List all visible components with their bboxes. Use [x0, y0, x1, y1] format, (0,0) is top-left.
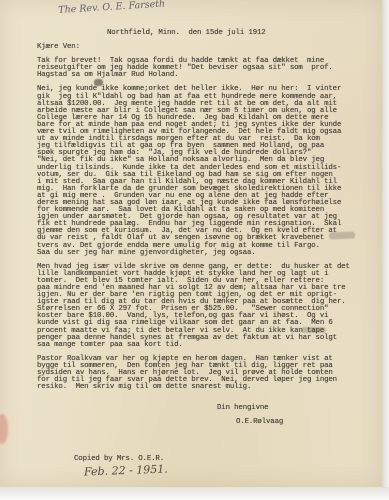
dateline: Northfield, Minn. den 15de juli 1912: [107, 30, 372, 37]
closing-valediction: Din hengivne: [217, 405, 372, 412]
paragraph-salary-story: Nei, jeg kunde ikke komme;orket det hell…: [37, 86, 372, 256]
scan-edge-right: [382, 0, 389, 487]
ink-smudge: [301, 327, 326, 333]
letter-page: The Rev. O. E. Farseth Northfield, Minn.…: [0, 0, 382, 487]
ink-smudge: [329, 232, 355, 240]
copied-by-note: Copied by Mrs. O.E.R.: [74, 456, 164, 463]
ink-smudge: [94, 79, 103, 86]
scan-edge-bottom: [0, 487, 389, 500]
signature: O.E.Rølvaag: [236, 419, 372, 426]
paragraph-thanks: Tak for brevet! Tak ogsaa fordi du hadde…: [37, 58, 372, 79]
paragraph-roalkvam: Pastor Roalkvam var her og kjøpte en her…: [37, 356, 372, 391]
handwritten-copy-date: Feb. 22 - 1951.: [84, 463, 168, 479]
salutation: Kjære Ven:: [37, 44, 372, 51]
paragraph-land-lots: Men hvad jeg især vilde skrive om denne …: [37, 264, 372, 349]
letter-body: Northfield, Minn. den 15de juli 1912 Kjæ…: [0, 0, 382, 427]
